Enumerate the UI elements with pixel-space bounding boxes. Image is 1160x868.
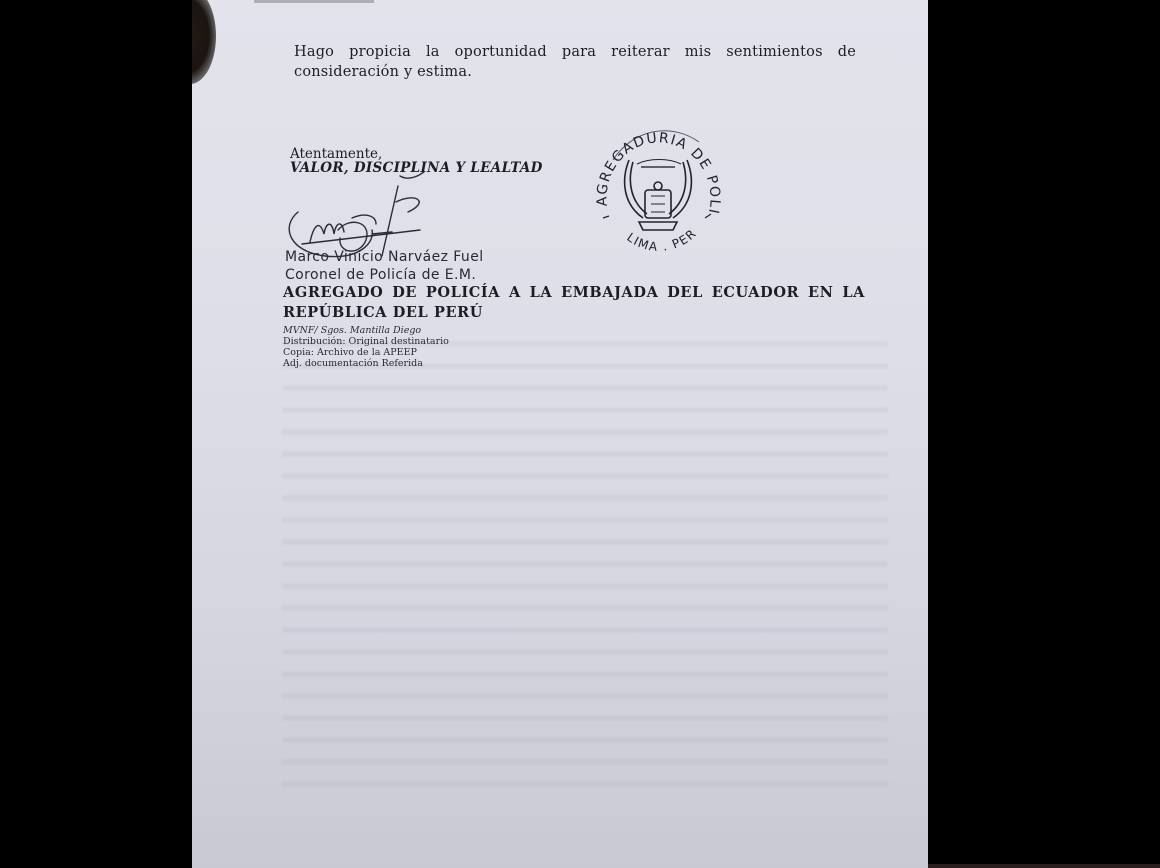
attachment-line: Adj. documentación Referida <box>283 358 423 369</box>
eagle-emblem-icon <box>603 160 711 231</box>
svg-text:AGREGADURIA DE POLICIA: AGREGADURIA DE POLICIA <box>587 120 723 216</box>
copy-line: Copia: Archivo de la APEEP <box>283 347 417 358</box>
background-edge <box>928 864 1160 868</box>
reference-initials: MVNF/ Sgos. Mantilla Diego <box>283 325 421 336</box>
signatory-position: AGREGADO DE POLICÍA A LA EMBAJADA DEL EC… <box>283 283 865 323</box>
thumb-shadow <box>192 0 216 84</box>
closing-paragraph: Hago propicia la oportunidad para reiter… <box>294 42 856 82</box>
distribution-line: Distribución: Original destinatario <box>283 336 449 347</box>
bleed-through-text <box>282 330 888 800</box>
stamp-outer-text: AGREGADURIA DE POLICIA <box>587 120 723 216</box>
signatory-name: Marco Vinicio Narváez Fuel <box>285 249 484 265</box>
police-stamp: AGREGADURIA DE POLICIA LIMA . PERU <box>587 120 729 270</box>
signatory-rank: Coronel de Policía de E.M. <box>285 267 476 283</box>
document-page: Hago propicia la oportunidad para reiter… <box>192 0 928 868</box>
cut-off-text-line <box>254 0 374 3</box>
